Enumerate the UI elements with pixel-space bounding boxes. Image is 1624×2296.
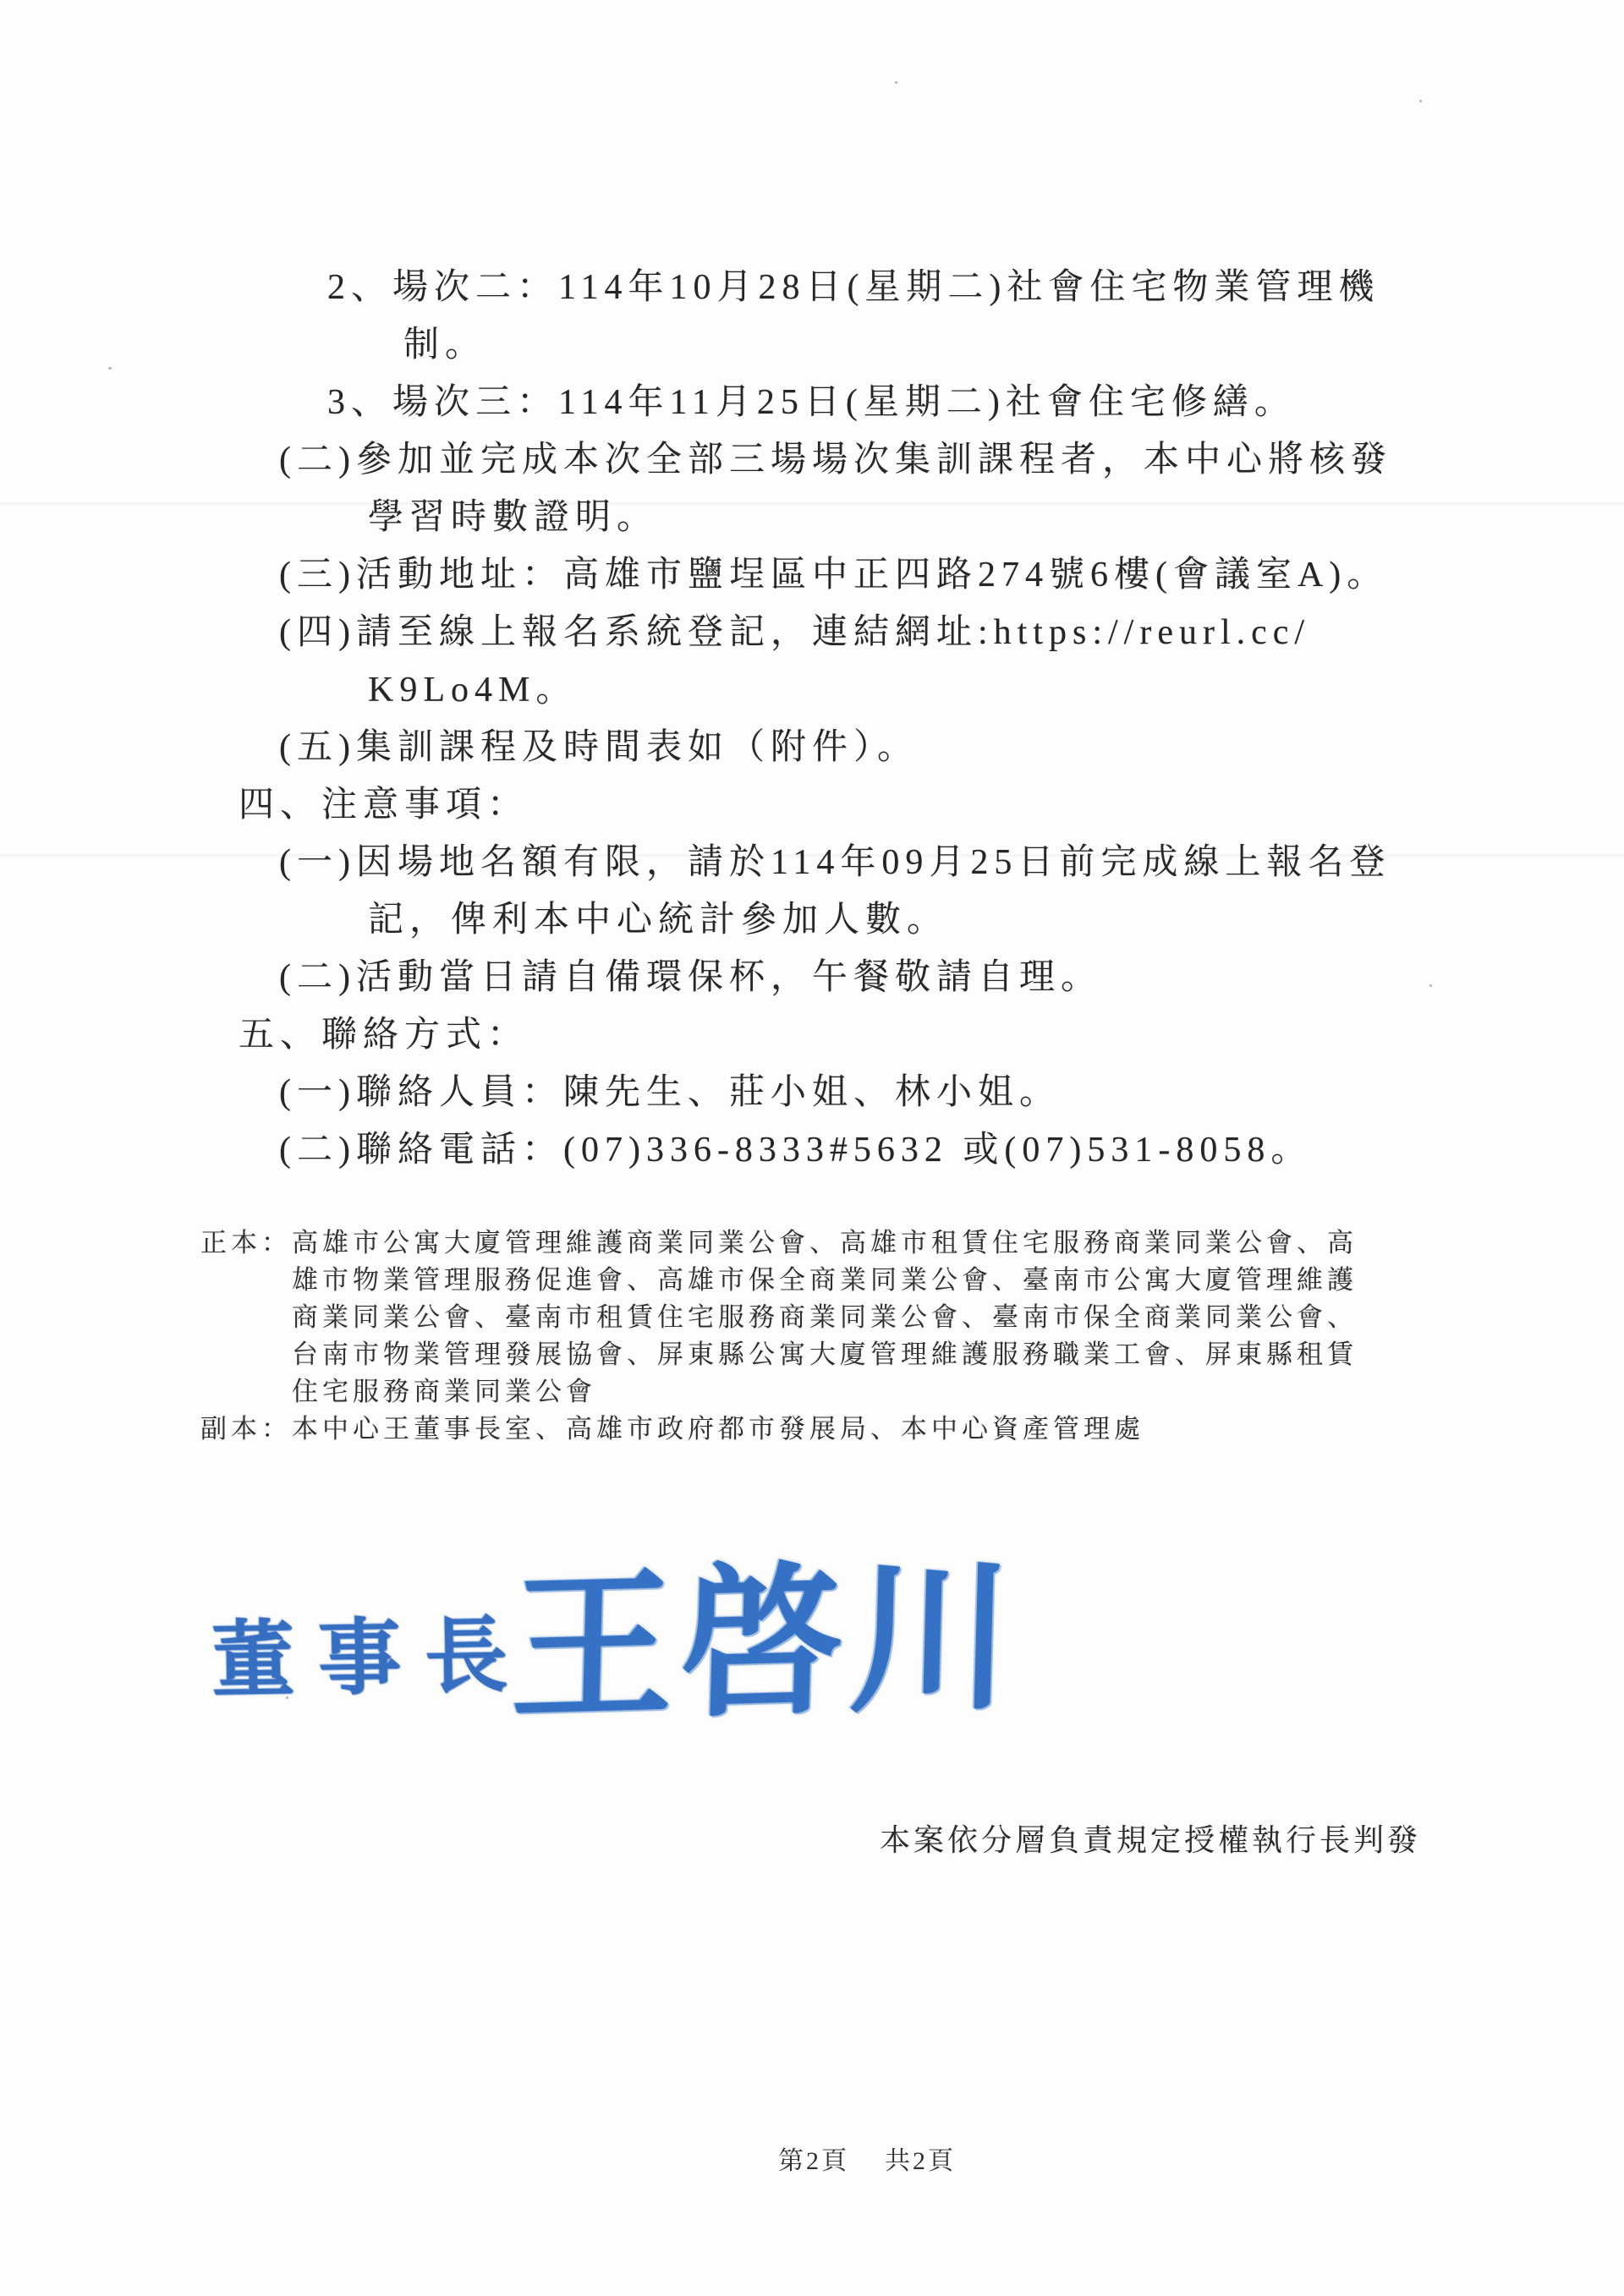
signature-title: 董事長 [211,1589,532,1714]
body-line: 學習時數證明。 [0,489,1624,546]
recipients-block: 正本：高雄市公寓大廈管理維護商業同業公會、高雄市租賃住宅服務商業同業公會、高雄市… [0,1225,1624,1448]
body-line: 記，俾利本中心統計參加人數。 [0,891,1624,949]
footer-page-number: 第2頁 [778,2147,849,2175]
body-line: (二)參加並完成本次全部三場場次集訓課程者，本中心將核發 [0,431,1624,489]
body-line: 2、場次二：114年10月28日(星期二)社會住宅物業管理機 [0,259,1624,316]
authorization-note: 本案依分層負責規定授權執行長判發 [880,1817,1421,1860]
page-footer: 第2頁共2頁 [778,2140,956,2177]
body-line: (二)聯絡電話：(07)336-8333#5632 或(07)531-8058。 [0,1121,1624,1179]
body-line: 制。 [0,316,1624,374]
body-text-block: 2、場次二：114年10月28日(星期二)社會住宅物業管理機制。3、場次三：11… [0,259,1624,1179]
body-line: (四)請至線上報名系統登記，連結網址:https://reurl.cc/ [0,604,1624,661]
zhengben-line-cont: 住宅服務商業同業公會 [0,1373,1624,1411]
body-line: (二)活動當日請自備環保杯，午餐敬請自理。 [0,949,1624,1006]
body-line: (一)聯絡人員：陳先生、莊小姐、林小姐。 [0,1064,1624,1121]
zhengben-line-cont: 商業同業公會、臺南市租賃住宅服務商業同業公會、臺南市保全商業同業公會、 [0,1299,1624,1336]
zhengben-line: 正本：高雄市公寓大廈管理維護商業同業公會、高雄市租賃住宅服務商業同業公會、高 [0,1225,1624,1262]
scan-speck [895,81,897,84]
fuben-line: 副本：本中心王董事長室、高雄市政府都市發展局、本中心資產管理處 [0,1411,1624,1448]
body-line: K9Lo4M。 [0,661,1624,719]
document-page: 2、場次二：114年10月28日(星期二)社會住宅物業管理機制。3、場次三：11… [0,0,1624,2296]
body-line: (三)活動地址：高雄市鹽埕區中正四路274號6樓(會議室A)。 [0,546,1624,604]
footer-total-pages: 共2頁 [885,2147,956,2175]
body-line: 3、場次三：114年11月25日(星期二)社會住宅修繕。 [0,374,1624,431]
body-line: (五)集訓課程及時間表如（附件）。 [0,719,1624,776]
body-line: 四、注意事項： [0,776,1624,834]
body-line: 五、聯絡方式： [0,1006,1624,1064]
body-line: (一)因場地名額有限，請於114年09月25日前完成線上報名登 [0,834,1624,891]
zhengben-line-cont: 雄市物業管理服務促進會、高雄市保全商業同業公會、臺南市公寓大廈管理維護 [0,1262,1624,1299]
signature-name: 王啓川 [508,1505,1022,1752]
scan-speck [1419,100,1422,102]
zhengben-line-cont: 台南市物業管理發展協會、屏東縣公寓大廈管理維護服務職業工會、屏東縣租賃 [0,1336,1624,1373]
